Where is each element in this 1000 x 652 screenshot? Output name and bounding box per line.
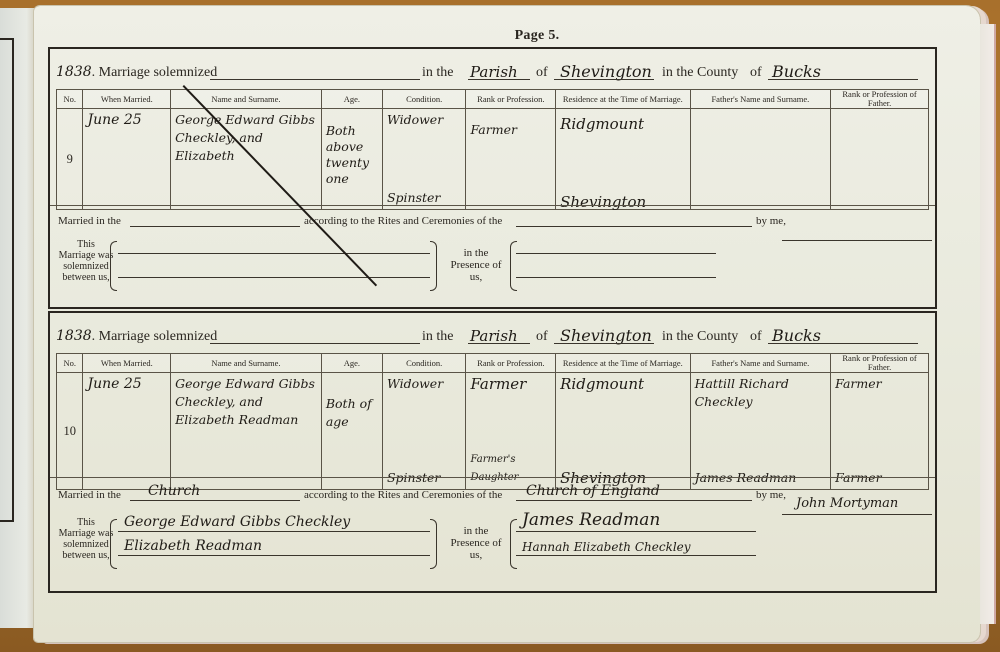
col-name: Name and Surname. <box>171 90 322 109</box>
according-label: according to the Rites and Ceremonies of… <box>304 215 502 227</box>
left-brace <box>110 241 117 291</box>
witness-line-1: James Readman <box>516 515 756 532</box>
col-father-rank: Rank or Profession of Father. <box>831 354 929 373</box>
solemnized-label: This Marriage was solemnized between us, <box>58 239 114 283</box>
entry-year: 1838. Marriage solemnized <box>56 328 217 345</box>
party-line-2 <box>118 261 430 278</box>
col-no: No. <box>57 354 83 373</box>
entry-number: 9 <box>57 109 83 210</box>
rank-groom: Farmer <box>466 109 556 210</box>
page-title: Page 5. <box>34 28 980 44</box>
col-father-rank: Rank or Profession of Father. <box>831 90 929 109</box>
col-no: No. <box>57 90 83 109</box>
col-rank: Rank or Profession. <box>466 90 556 109</box>
register-page: Page 5. 1838. Marriage solemnized in the… <box>34 6 980 642</box>
when-married: June 25 <box>83 109 171 210</box>
father-name: Hattill Richard CheckleyJames Readman <box>690 373 831 490</box>
section-divider <box>50 205 935 206</box>
left-page-frame <box>0 38 14 522</box>
marriage-entry-10: 1838. Marriage solemnized in the Parish … <box>48 311 937 593</box>
married-in-fill <box>130 208 300 227</box>
condition-groom: Widower <box>387 375 462 393</box>
county-line <box>768 61 918 80</box>
col-when-married: When Married. <box>83 90 171 109</box>
county-line <box>768 325 918 344</box>
witness-2-signature: Hannah Elizabeth Checkley <box>522 540 691 554</box>
county-label: in the County <box>662 65 738 81</box>
name-line2: Checkley, and <box>175 393 317 411</box>
witness-1-signature: James Readman <box>522 510 660 530</box>
officiant-signature: John Mortyman <box>796 496 898 511</box>
col-father-name: Father's Name and Surname. <box>690 90 831 109</box>
col-father-name: Father's Name and Surname. <box>690 354 831 373</box>
witness-line-1 <box>516 237 716 254</box>
marriage-entry-9: 1838. Marriage solemnized in the Parish … <box>48 47 937 309</box>
parish-type-line <box>468 61 530 80</box>
presence-label: in the Presence of us, <box>446 247 506 283</box>
of-label: of <box>536 65 548 81</box>
father-rank <box>831 109 929 210</box>
entry-header: 1838. Marriage solemnized in the Parish … <box>50 49 935 89</box>
entry-number: 10 <box>57 373 83 490</box>
when-married: June 25 <box>83 373 171 490</box>
name-line3: Elizabeth Readman <box>175 411 317 429</box>
col-name: Name and Surname. <box>171 354 322 373</box>
parish-line <box>554 325 654 344</box>
condition-groom: Widower <box>387 111 462 129</box>
col-residence: Residence at the Time of Marriage. <box>556 354 690 373</box>
solemnized-label: This Marriage was solemnized between us, <box>58 517 114 561</box>
father-rank: FarmerFarmer <box>831 373 929 490</box>
col-residence: Residence at the Time of Marriage. <box>556 90 690 109</box>
county-of-label: of <box>750 65 762 81</box>
presence-label: in the Presence of us, <box>446 525 506 561</box>
entry-year: 1838. Marriage solemnized <box>56 64 217 81</box>
rank: FarmerFarmer's Daughter <box>466 373 556 490</box>
residence-line1: Ridgmount <box>560 115 685 133</box>
col-when-married: When Married. <box>83 354 171 373</box>
names: George Edward Gibbs Checkley, and Elizab… <box>171 373 322 490</box>
table-row: 9 June 25 George Edward Gibbs Checkley, … <box>57 109 929 210</box>
according-label: according to the Rites and Ceremonies of… <box>304 489 502 501</box>
groom-signature: George Edward Gibbs Checkley <box>124 514 350 530</box>
parish-type-line <box>468 325 530 344</box>
bride-signature: Elizabeth Readman <box>124 538 262 554</box>
parish-line <box>554 61 654 80</box>
col-condition: Condition. <box>382 90 466 109</box>
party-line-1 <box>118 237 430 254</box>
witness-line-2: Hannah Elizabeth Checkley <box>516 539 756 556</box>
father-rank-groom: Farmer <box>835 375 924 393</box>
right-brace <box>430 241 437 291</box>
col-age: Age. <box>321 354 382 373</box>
place-fill-line <box>210 61 420 80</box>
page-edge-stack <box>980 24 996 624</box>
col-rank: Rank or Profession. <box>466 354 556 373</box>
condition: WidowerSpinster <box>382 109 466 210</box>
entry-table: No. When Married. Name and Surname. Age.… <box>56 353 929 490</box>
party-line-1: George Edward Gibbs Checkley <box>118 515 430 532</box>
residence: RidgmountShevington <box>556 373 690 490</box>
married-in-line: Married in the Church according to the R… <box>56 479 929 503</box>
in-the-label: in the <box>422 329 454 345</box>
table-row: 10 June 25 George Edward Gibbs Checkley,… <box>57 373 929 490</box>
signature-block: This Marriage was solemnized between us,… <box>56 235 929 305</box>
age: Both above twenty one <box>321 109 382 210</box>
county-label: in the County <box>662 329 738 345</box>
section-divider <box>50 477 935 478</box>
rank-groom: Farmer <box>470 375 551 393</box>
of-label: of <box>536 329 548 345</box>
signature-block: This Marriage was solemnized between us,… <box>56 513 929 583</box>
married-in-value: Church <box>148 483 200 499</box>
residence: RidgmountShevington <box>556 109 690 210</box>
rites-fill <box>516 208 752 227</box>
residence-line1: Ridgmount <box>560 375 685 393</box>
age: Both of age <box>321 373 382 490</box>
right-brace <box>430 519 437 569</box>
place-fill-line <box>210 325 420 344</box>
father-groom: Hattill Richard Checkley <box>695 375 827 411</box>
rites-value: Church of England <box>526 483 660 499</box>
married-in-label: Married in the <box>58 215 121 227</box>
col-condition: Condition. <box>382 354 466 373</box>
married-in-line: Married in the according to the Rites an… <box>56 207 929 229</box>
father-name <box>690 109 831 210</box>
county-of-label: of <box>750 329 762 345</box>
witness-line-2 <box>516 261 716 278</box>
party-line-2: Elizabeth Readman <box>118 539 430 556</box>
entry-table: No. When Married. Name and Surname. Age.… <box>56 89 929 210</box>
names: George Edward Gibbs Checkley, and Elizab… <box>171 109 322 210</box>
married-in-label: Married in the <box>58 489 121 501</box>
in-the-label: in the <box>422 65 454 81</box>
name-line1: George Edward Gibbs <box>175 375 317 393</box>
col-age: Age. <box>321 90 382 109</box>
entry-header: 1838. Marriage solemnized in the Parish … <box>50 313 935 353</box>
left-brace <box>110 519 117 569</box>
condition: WidowerSpinster <box>382 373 466 490</box>
